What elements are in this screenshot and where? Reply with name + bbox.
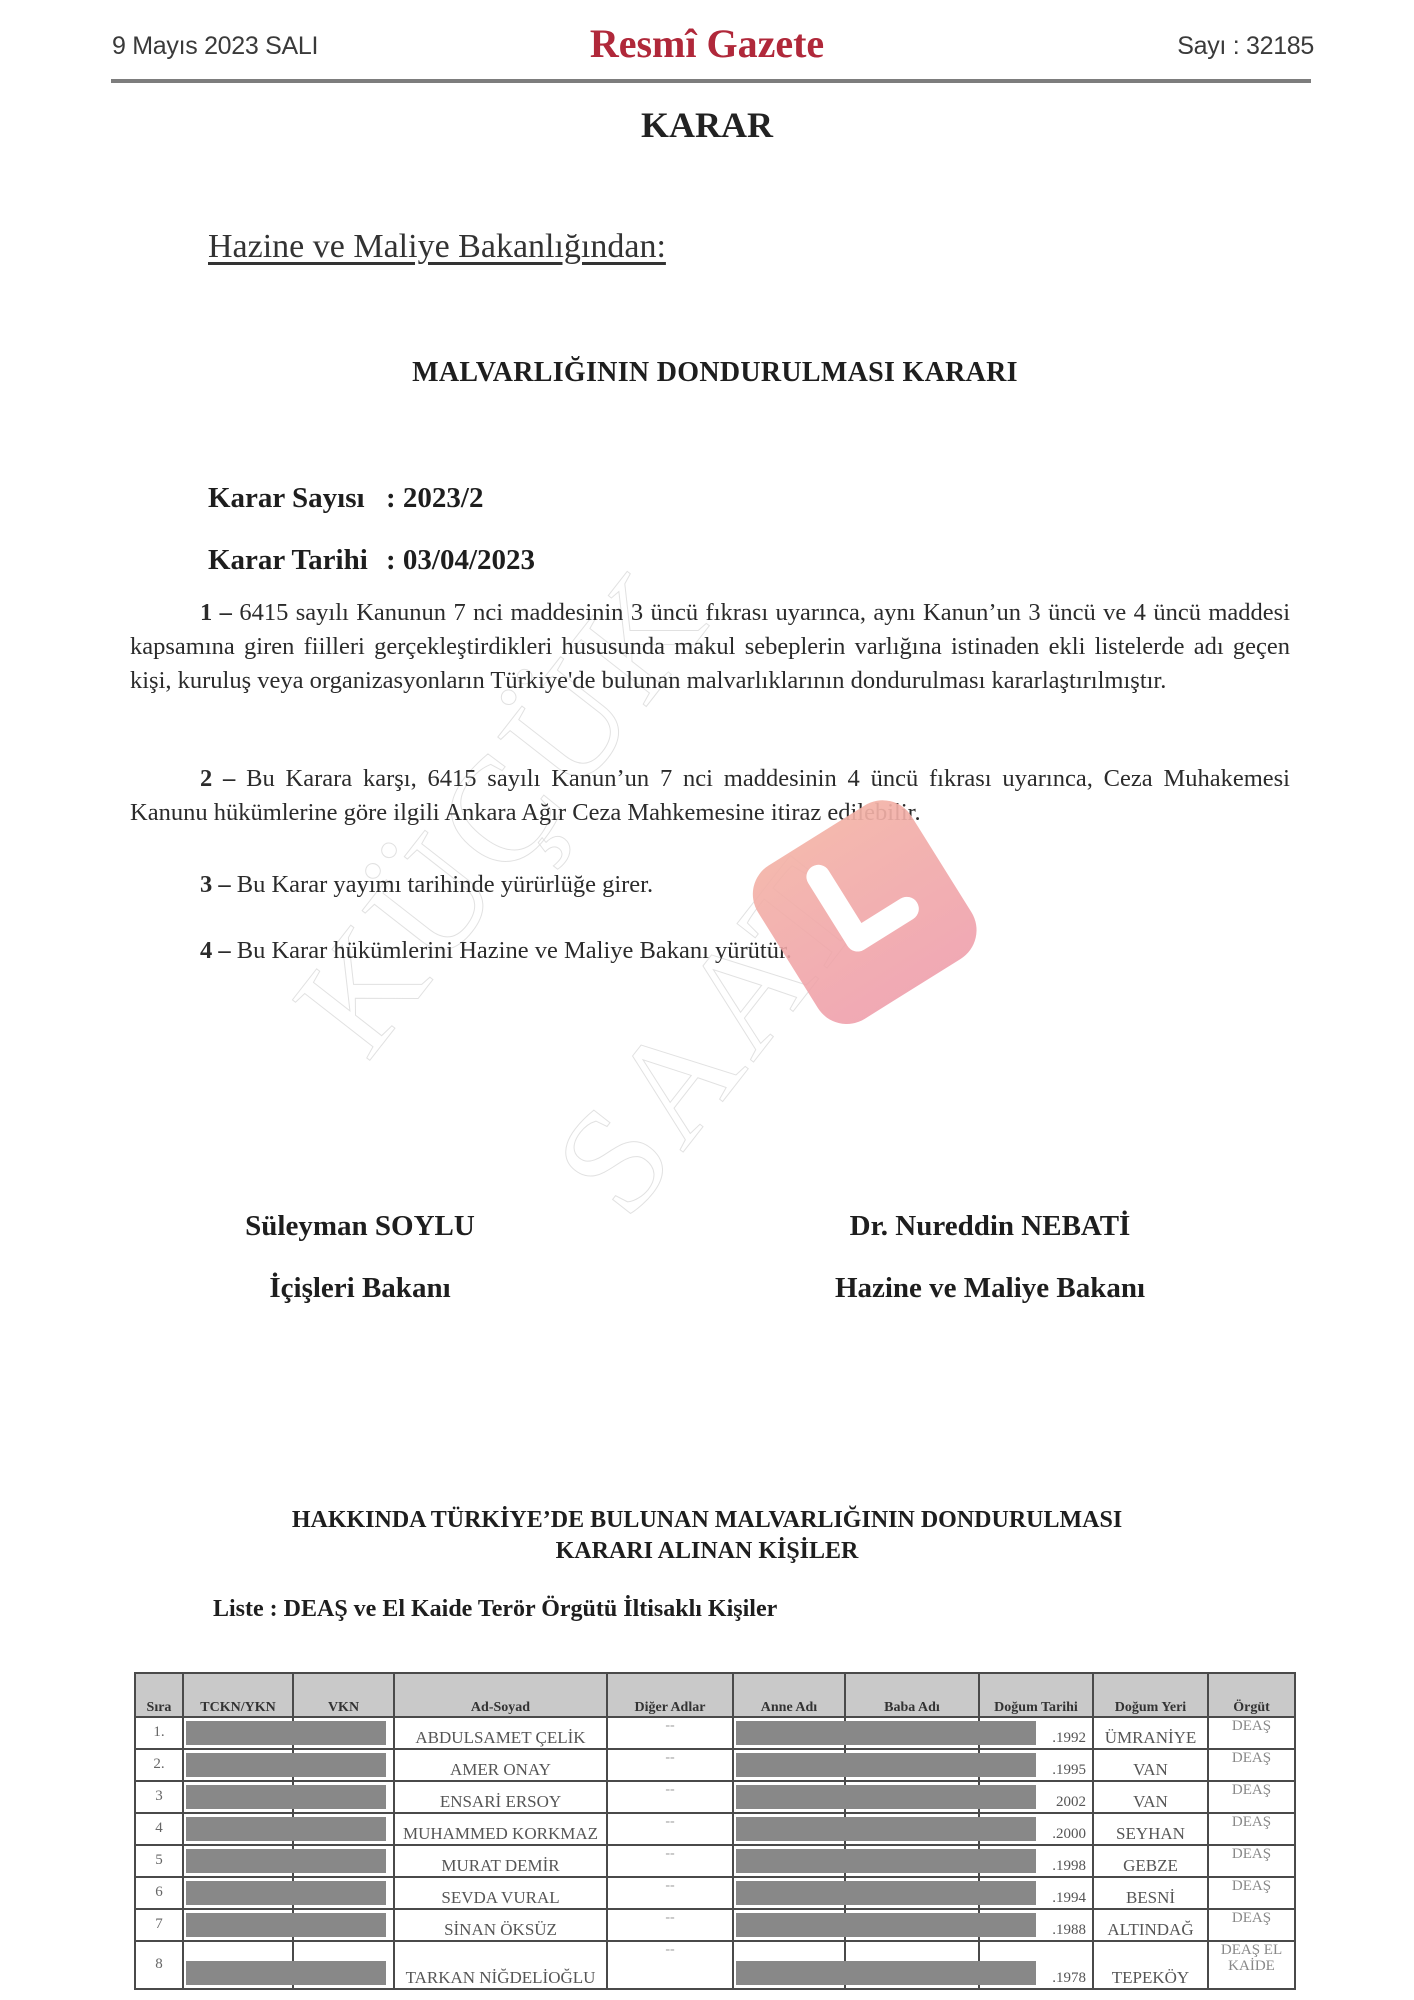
cell-place: TEPEKÖY xyxy=(1093,1941,1208,1989)
decision-date-value: : 03/04/2023 xyxy=(386,544,535,576)
birth-value: 2002 xyxy=(1056,1794,1086,1810)
cell-tckn xyxy=(183,1909,293,1941)
redaction-bar xyxy=(186,1721,386,1745)
cell-place: ALTINDAĞ xyxy=(1093,1909,1208,1941)
cell-mother xyxy=(733,1909,845,1941)
cell-org: DEAŞ xyxy=(1208,1717,1295,1749)
table-header-row: SıraTCKN/YKNVKNAd-SoyadDiğer AdlarAnne A… xyxy=(135,1673,1295,1717)
cell-sira: 3 xyxy=(135,1781,183,1813)
article-4: 4 – Bu Karar hükümlerini Hazine ve Maliy… xyxy=(130,934,1290,968)
other-value: -- xyxy=(665,1782,674,1797)
list-heading: HAKKINDA TÜRKİYE’DE BULUNAN MALVARLIĞINI… xyxy=(0,1505,1414,1567)
decision-date: Karar Tarihi: 03/04/2023 xyxy=(208,544,535,577)
cell-mother xyxy=(733,1781,845,1813)
other-value: -- xyxy=(665,1814,674,1829)
cell-name: SİNAN ÖKSÜZ xyxy=(394,1909,607,1941)
article-4-number: 4 – xyxy=(200,937,231,964)
table-row: 1.ABDULSAMET ÇELİK--.1992ÜMRANİYEDEAŞ xyxy=(135,1717,1295,1749)
cell-tckn xyxy=(183,1781,293,1813)
cell-name: MUHAMMED KORKMAZ xyxy=(394,1813,607,1845)
place-value: TEPEKÖY xyxy=(1112,1968,1189,1987)
name-value: MURAT DEMİR xyxy=(441,1856,559,1875)
redaction-bar xyxy=(736,1753,1036,1777)
article-4-text: Bu Karar hükümlerini Hazine ve Maliye Ba… xyxy=(231,937,792,964)
redaction-bar xyxy=(736,1913,1036,1937)
redaction-bar xyxy=(736,1785,1036,1809)
clock-logo-icon xyxy=(752,800,977,1025)
cell-name: ABDULSAMET ÇELİK xyxy=(394,1717,607,1749)
place-value: ÜMRANİYE xyxy=(1105,1728,1197,1747)
redaction-bar xyxy=(736,1961,1036,1985)
birth-value: .1994 xyxy=(1052,1890,1086,1906)
table-row: 3ENSARİ ERSOY--2002VANDEAŞ xyxy=(135,1781,1295,1813)
column-header: Ad-Soyad xyxy=(394,1673,607,1717)
cell-place: SEYHAN xyxy=(1093,1813,1208,1845)
cell-mother xyxy=(733,1941,845,1989)
cell-other: -- xyxy=(607,1813,733,1845)
sira-value: 8 xyxy=(155,1956,163,1972)
cell-org: DEAŞ EL KAİDE xyxy=(1208,1941,1295,1989)
redaction-bar xyxy=(186,1913,386,1937)
redaction-bar xyxy=(186,1753,386,1777)
redaction-bar xyxy=(186,1817,386,1841)
name-value: ENSARİ ERSOY xyxy=(440,1792,561,1811)
cell-name: SEVDA VURAL xyxy=(394,1877,607,1909)
column-header: TCKN/YKN xyxy=(183,1673,293,1717)
signatory-2-name: Dr. Nureddin NEBATİ xyxy=(790,1210,1190,1243)
org-value: DEAŞ xyxy=(1232,1750,1271,1766)
cell-sira: 8 xyxy=(135,1941,183,1989)
redaction-bar xyxy=(736,1817,1036,1841)
other-value: -- xyxy=(665,1750,674,1765)
article-1-text: 6415 sayılı Kanunun 7 nci maddesinin 3 ü… xyxy=(130,599,1290,694)
cell-sira: 5 xyxy=(135,1845,183,1877)
cell-mother xyxy=(733,1877,845,1909)
org-value: DEAŞ xyxy=(1232,1814,1271,1830)
cell-other: -- xyxy=(607,1717,733,1749)
article-3: 3 – Bu Karar yayımı tarihinde yürürlüğe … xyxy=(130,868,1290,902)
redaction-bar xyxy=(186,1849,386,1873)
other-value: -- xyxy=(665,1718,674,1733)
cell-org: DEAŞ xyxy=(1208,1877,1295,1909)
cell-tckn xyxy=(183,1813,293,1845)
org-value: DEAŞ xyxy=(1232,1910,1271,1926)
column-header: Örgüt xyxy=(1208,1673,1295,1717)
sira-value: 6 xyxy=(155,1884,163,1900)
name-value: SİNAN ÖKSÜZ xyxy=(444,1920,557,1939)
name-value: ABDULSAMET ÇELİK xyxy=(415,1728,585,1747)
birth-value: .1988 xyxy=(1052,1922,1086,1938)
org-value: DEAŞ EL KAİDE xyxy=(1221,1942,1282,1974)
article-1-number: 1 – xyxy=(200,599,232,626)
article-1: 1 – 6415 sayılı Kanunun 7 nci maddesinin… xyxy=(130,596,1290,698)
sira-value: 1. xyxy=(153,1724,164,1740)
column-header: Doğum Tarihi xyxy=(979,1673,1093,1717)
column-header: Sıra xyxy=(135,1673,183,1717)
cell-mother xyxy=(733,1813,845,1845)
cell-mother xyxy=(733,1845,845,1877)
cell-sira: 1. xyxy=(135,1717,183,1749)
article-2-number: 2 – xyxy=(200,765,235,792)
cell-tckn xyxy=(183,1845,293,1877)
list-heading-line-2: KARARI ALINAN KİŞİLER xyxy=(0,1536,1414,1567)
cell-sira: 2. xyxy=(135,1749,183,1781)
cell-tckn xyxy=(183,1717,293,1749)
cell-sira: 7 xyxy=(135,1909,183,1941)
list-subheading: Liste : DEAŞ ve El Kaide Terör Örgütü İl… xyxy=(213,1596,777,1623)
issue-number: Sayı : 32185 xyxy=(1177,32,1314,61)
place-value: VAN xyxy=(1133,1792,1168,1811)
cell-name: TARKAN NİĞDELİOĞLU xyxy=(394,1941,607,1989)
place-value: ALTINDAĞ xyxy=(1107,1920,1193,1939)
name-value: MUHAMMED KORKMAZ xyxy=(403,1824,598,1843)
place-value: GEBZE xyxy=(1123,1856,1178,1875)
cell-other: -- xyxy=(607,1941,733,1989)
other-value: -- xyxy=(665,1910,674,1925)
header-divider xyxy=(111,79,1311,83)
other-value: -- xyxy=(665,1846,674,1861)
name-value: TARKAN NİĞDELİOĞLU xyxy=(406,1968,596,1987)
cell-place: BESNİ xyxy=(1093,1877,1208,1909)
birth-value: .2000 xyxy=(1052,1826,1086,1842)
cell-sira: 4 xyxy=(135,1813,183,1845)
decision-number-value: : 2023/2 xyxy=(386,482,483,514)
name-value: SEVDA VURAL xyxy=(441,1888,559,1907)
cell-name: MURAT DEMİR xyxy=(394,1845,607,1877)
redaction-bar xyxy=(736,1721,1036,1745)
cell-other: -- xyxy=(607,1781,733,1813)
column-header: Doğum Yeri xyxy=(1093,1673,1208,1717)
org-value: DEAŞ xyxy=(1232,1718,1271,1734)
column-header: VKN xyxy=(293,1673,394,1717)
birth-value: .1995 xyxy=(1052,1762,1086,1778)
cell-tckn xyxy=(183,1749,293,1781)
birth-value: .1992 xyxy=(1052,1730,1086,1746)
cell-place: VAN xyxy=(1093,1781,1208,1813)
decision-number-label: Karar Sayısı xyxy=(208,482,386,515)
cell-org: DEAŞ xyxy=(1208,1909,1295,1941)
cell-other: -- xyxy=(607,1877,733,1909)
cell-name: ENSARİ ERSOY xyxy=(394,1781,607,1813)
column-header: Anne Adı xyxy=(733,1673,845,1717)
cell-org: DEAŞ xyxy=(1208,1813,1295,1845)
cell-org: DEAŞ xyxy=(1208,1781,1295,1813)
cell-mother xyxy=(733,1717,845,1749)
cell-place: ÜMRANİYE xyxy=(1093,1717,1208,1749)
cell-tckn xyxy=(183,1941,293,1989)
cell-org: DEAŞ xyxy=(1208,1749,1295,1781)
redaction-bar xyxy=(736,1849,1036,1873)
signatory-1-title: İçişleri Bakanı xyxy=(160,1272,560,1305)
redaction-bar xyxy=(186,1881,386,1905)
table-row: 4MUHAMMED KORKMAZ--.2000SEYHANDEAŞ xyxy=(135,1813,1295,1845)
column-header: Diğer Adlar xyxy=(607,1673,733,1717)
persons-table: SıraTCKN/YKNVKNAd-SoyadDiğer AdlarAnne A… xyxy=(134,1672,1296,1990)
cell-place: GEBZE xyxy=(1093,1845,1208,1877)
signatory-2-title: Hazine ve Maliye Bakanı xyxy=(790,1272,1190,1305)
sira-value: 4 xyxy=(155,1820,163,1836)
article-2-text: Bu Karara karşı, 6415 sayılı Kanun’un 7 … xyxy=(130,765,1290,826)
sira-value: 3 xyxy=(155,1788,163,1804)
table-row: 6SEVDA VURAL--.1994BESNİDEAŞ xyxy=(135,1877,1295,1909)
name-value: AMER ONAY xyxy=(450,1760,551,1779)
cell-sira: 6 xyxy=(135,1877,183,1909)
other-value: -- xyxy=(665,1942,674,1957)
org-value: DEAŞ xyxy=(1232,1782,1271,1798)
list-heading-line-1: HAKKINDA TÜRKİYE’DE BULUNAN MALVARLIĞINI… xyxy=(0,1505,1414,1536)
redaction-bar xyxy=(736,1881,1036,1905)
redaction-bar xyxy=(186,1961,386,1985)
redaction-bar xyxy=(186,1785,386,1809)
place-value: SEYHAN xyxy=(1116,1824,1185,1843)
article-2: 2 – Bu Karara karşı, 6415 sayılı Kanun’u… xyxy=(130,762,1290,830)
issuing-ministry: Hazine ve Maliye Bakanlığından: xyxy=(208,228,666,266)
table-row: 7SİNAN ÖKSÜZ--.1988ALTINDAĞDEAŞ xyxy=(135,1909,1295,1941)
cell-place: VAN xyxy=(1093,1749,1208,1781)
cell-other: -- xyxy=(607,1749,733,1781)
signatory-1-name: Süleyman SOYLU xyxy=(160,1210,560,1243)
cell-name: AMER ONAY xyxy=(394,1749,607,1781)
decision-number: Karar Sayısı: 2023/2 xyxy=(208,482,483,515)
column-header: Baba Adı xyxy=(845,1673,979,1717)
cell-mother xyxy=(733,1749,845,1781)
place-value: BESNİ xyxy=(1126,1888,1175,1907)
other-value: -- xyxy=(665,1878,674,1893)
cell-org: DEAŞ xyxy=(1208,1845,1295,1877)
org-value: DEAŞ xyxy=(1232,1846,1271,1862)
table-row: 2.AMER ONAY--.1995VANDEAŞ xyxy=(135,1749,1295,1781)
cell-other: -- xyxy=(607,1845,733,1877)
table-row: 8TARKAN NİĞDELİOĞLU--.1978TEPEKÖYDEAŞ EL… xyxy=(135,1941,1295,1989)
sira-value: 5 xyxy=(155,1852,163,1868)
decision-title: MALVARLIĞININ DONDURULMASI KARARI xyxy=(0,357,1414,389)
decision-date-label: Karar Tarihi xyxy=(208,544,386,577)
sira-value: 2. xyxy=(153,1756,164,1772)
sira-value: 7 xyxy=(155,1916,163,1932)
article-3-number: 3 – xyxy=(200,871,231,898)
document-type-heading: KARAR xyxy=(0,104,1414,146)
org-value: DEAŞ xyxy=(1232,1878,1271,1894)
article-3-text: Bu Karar yayımı tarihinde yürürlüğe gire… xyxy=(231,871,654,898)
birth-value: .1978 xyxy=(1052,1970,1086,1986)
table-row: 5MURAT DEMİR--.1998GEBZEDEAŞ xyxy=(135,1845,1295,1877)
birth-value: .1998 xyxy=(1052,1858,1086,1874)
place-value: VAN xyxy=(1133,1760,1168,1779)
cell-tckn xyxy=(183,1877,293,1909)
cell-other: -- xyxy=(607,1909,733,1941)
